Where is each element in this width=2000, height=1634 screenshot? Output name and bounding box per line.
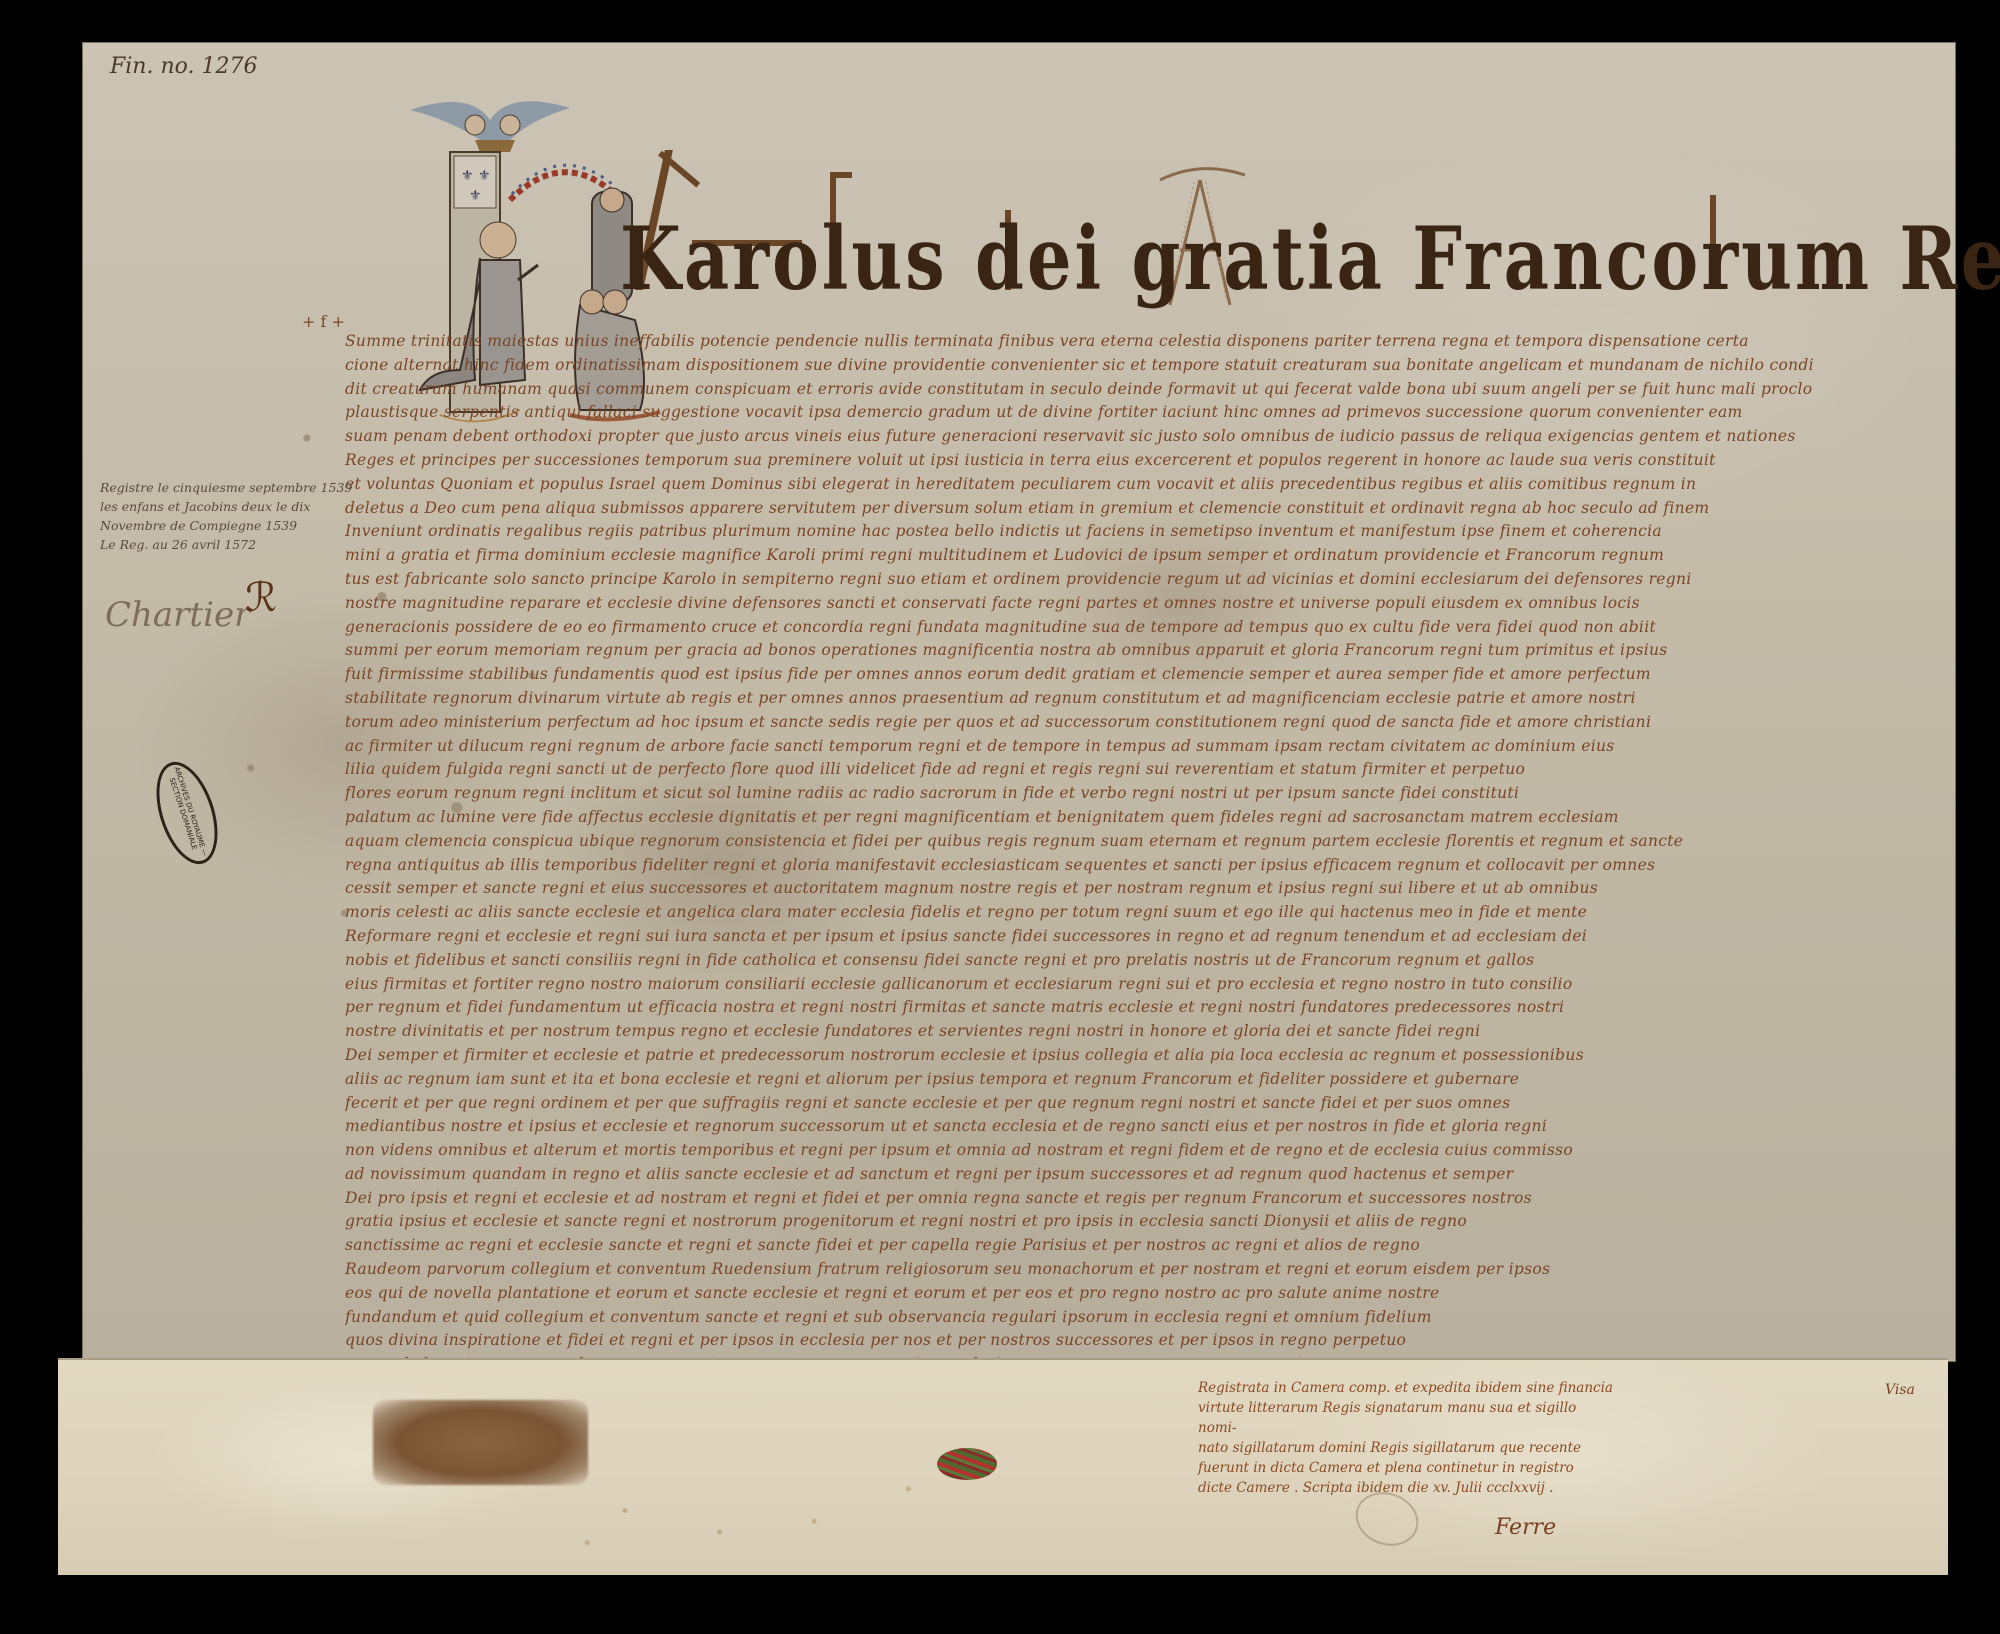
text-line: fuit firmissime stabilibus fundamentis q… — [345, 663, 1865, 687]
margin-note-line: Le Reg. au 26 avril 1572 — [100, 535, 360, 554]
text-line: cione alternat hinc fidem ordinatissimam… — [345, 354, 1865, 378]
text-line: eos qui de novella plantatione et eorum … — [345, 1282, 1865, 1306]
text-line: nostre magnitudine reparare et ecclesie … — [345, 592, 1865, 616]
text-line: Reformare regni et ecclesie et regni sui… — [345, 925, 1865, 949]
text-line: eius firmitas et fortiter regno nostro m… — [345, 973, 1865, 997]
text-line: Inveniunt ordinatis regalibus regiis pat… — [345, 520, 1865, 544]
registration-note: Registrata in Camera comp. et expedita i… — [1198, 1378, 1618, 1498]
text-line: nobis et fidelibus et sancti consiliis r… — [345, 949, 1865, 973]
registration-line: fuerunt in dicta Camera et plena contine… — [1198, 1458, 1618, 1478]
registration-line: virtute litterarum Regis signatarum manu… — [1198, 1398, 1618, 1438]
plica-fold — [58, 1358, 1948, 1575]
text-line: deletus a Deo cum pena aliqua submissos … — [345, 497, 1865, 521]
registration-line: dicte Camere . Scripta ibidem die xv. Ju… — [1198, 1478, 1618, 1498]
signature-left: Chartier — [105, 595, 250, 635]
margin-note-line: les enfans et Jacobins deux le dix — [100, 497, 360, 516]
text-line: generacionis possidere de eo eo firmamen… — [345, 616, 1865, 640]
text-line: flores eorum regnum regni inclitum et si… — [345, 782, 1865, 806]
text-line: ac firmiter ut dilucum regni regnum de a… — [345, 735, 1865, 759]
corner-archive-note: Fin. no. 1276 — [110, 54, 257, 79]
text-line: fecerit et per que regni ordinem et per … — [345, 1092, 1865, 1116]
registration-signature: Ferre — [1495, 1515, 1556, 1540]
charter-heading: Karolus dei gratia Francorum Rex: Ad per… — [620, 150, 1910, 320]
svg-text:⚜: ⚜ — [461, 168, 474, 184]
text-line: et voluntas Quoniam et populus Israel qu… — [345, 473, 1865, 497]
text-line: gratia ipsius et ecclesie et sancte regn… — [345, 1210, 1865, 1234]
paraph-icon: ℛ — [245, 575, 277, 621]
text-line: Reges et principes per successiones temp… — [345, 449, 1865, 473]
text-line: summi per eorum memoriam regnum per grac… — [345, 639, 1865, 663]
text-line: tus est fabricante solo sancto principe … — [345, 568, 1865, 592]
svg-text:⚜: ⚜ — [469, 188, 482, 204]
text-line: dit creaturam humanam quasi communem con… — [345, 378, 1865, 402]
text-line: aliis ac regnum iam sunt et ita et bona … — [345, 1068, 1865, 1092]
text-line: non videns omnibus et alterum et mortis … — [345, 1139, 1865, 1163]
registration-line: Registrata in Camera comp. et expedita i… — [1198, 1378, 1618, 1398]
text-line: suam penam debent orthodoxi propter que … — [345, 425, 1865, 449]
text-line: aquam clemencia conspicua ubique regnoru… — [345, 830, 1865, 854]
text-line: regna antiquitus ab illis temporibus fid… — [345, 854, 1865, 878]
text-line: quos divina inspiratione et fidei et reg… — [345, 1329, 1865, 1353]
ascender-f-cap — [830, 172, 852, 178]
text-line: ad novissimum quandam in regno et aliis … — [345, 1163, 1865, 1187]
text-line: palatum ac lumine vere fide affectus ecc… — [345, 806, 1865, 830]
text-line: stabilitate regnorum divinarum virtute a… — [345, 687, 1865, 711]
margin-registration-note: Registre le cinquiesme septembre 1539 le… — [100, 478, 360, 554]
text-line: per regnum et fidei fundamentum ut effic… — [345, 996, 1865, 1020]
text-line: Raudeom parvorum collegium et conventum … — [345, 1258, 1865, 1282]
text-line: mediantibus nostre et ipsius et ecclesie… — [345, 1115, 1865, 1139]
text-line: cessit semper et sancte regni et eius su… — [345, 877, 1865, 901]
text-line: fundandum et quid collegium et conventum… — [345, 1306, 1865, 1330]
text-line: torum adeo ministerium perfectum ad hoc … — [345, 711, 1865, 735]
svg-text:⚜: ⚜ — [478, 168, 491, 184]
text-line: Dei semper et firmiter et ecclesie et pa… — [345, 1044, 1865, 1068]
heading-text: Karolus dei gratia Francorum Rex: Ad per… — [620, 206, 2000, 310]
charter-body: Summe trinitatis maiestas unius ineffabi… — [345, 330, 1865, 1520]
text-line: Summe trinitatis maiestas unius ineffabi… — [345, 330, 1865, 354]
text-line: sanctissime ac regni et ecclesie sancte … — [345, 1234, 1865, 1258]
seal-cord-icon — [937, 1448, 997, 1480]
text-line: Dei pro ipsis et regni et ecclesie et ad… — [345, 1187, 1865, 1211]
visa-mark: Visa — [1885, 1382, 1915, 1398]
margin-note-line: Novembre de Compiegne 1539 — [100, 516, 360, 535]
text-line: lilia quidem fulgida regni sancti ut de … — [345, 758, 1865, 782]
margin-note-line: Registre le cinquiesme septembre 1539 — [100, 478, 360, 497]
text-line: mini a gratia et firma dominium ecclesie… — [345, 544, 1865, 568]
text-line: plaustisque serpentis antiqui fallaci su… — [345, 401, 1865, 425]
marginal-marks: + f + — [302, 312, 345, 331]
text-line: moris celesti ac aliis sancte ecclesie e… — [345, 901, 1865, 925]
text-line: nostre divinitatis et per nostrum tempus… — [345, 1020, 1865, 1044]
registration-line: nato sigillatarum domini Regis sigillata… — [1198, 1438, 1618, 1458]
seal-stain — [373, 1400, 588, 1485]
